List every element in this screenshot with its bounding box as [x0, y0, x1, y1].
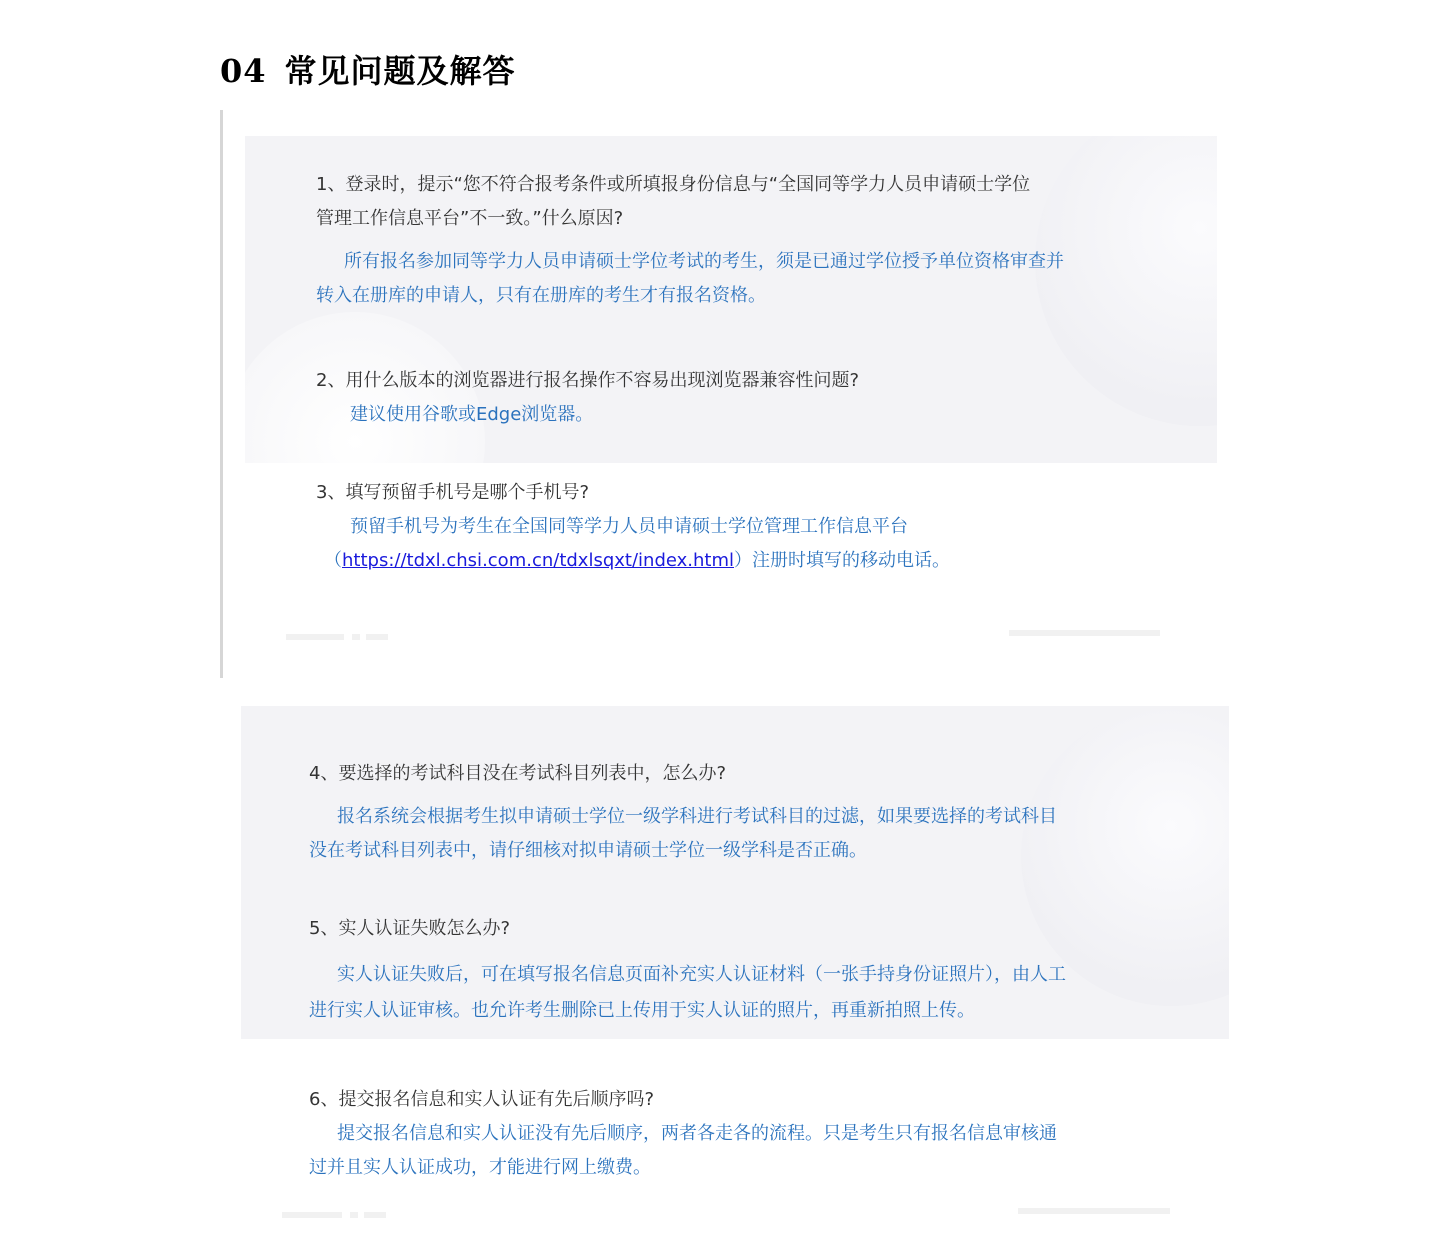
section-number: 04: [220, 52, 267, 90]
faq-answer: 实人认证失败后，可在填写报名信息页面补充实人认证材料（一张手持身份证照片），由人…: [309, 958, 1066, 992]
faq-answer: 预留手机号为考生在全国同等学力人员申请硕士学位管理工作信息平台: [316, 510, 950, 544]
faq-question: 管理工作信息平台”不一致。”什么原因?: [316, 202, 1064, 236]
skeleton-bar: [286, 634, 344, 640]
skeleton-bar: [352, 634, 360, 640]
skeleton-bar: [282, 1212, 342, 1218]
faq-question: 2、用什么版本的浏览器进行报名操作不容易出现浏览器兼容性问题?: [316, 364, 859, 398]
faq-answer: 没在考试科目列表中，请仔细核对拟申请硕士学位一级学科是否正确。: [309, 834, 1057, 868]
platform-link[interactable]: https://tdxl.chsi.com.cn/tdxlsqxt/index.…: [342, 550, 734, 571]
faq-answer: 转入在册库的申请人，只有在册库的考生才有报名资格。: [316, 279, 1064, 313]
faq-item-3: 3、填写预留手机号是哪个手机号? 预留手机号为考生在全国同等学力人员申请硕士学位…: [316, 476, 950, 578]
left-divider-rule: [220, 110, 223, 678]
faq-answer: 所有报名参加同等学力人员申请硕士学位考试的考生，须是已通过学位授予单位资格审查并: [316, 245, 1064, 279]
skeleton-bar: [350, 1212, 358, 1218]
faq-item-2: 2、用什么版本的浏览器进行报名操作不容易出现浏览器兼容性问题? 建议使用谷歌或E…: [316, 364, 859, 432]
faq-item-6: 6、提交报名信息和实人认证有先后顺序吗? 提交报名信息和实人认证没有先后顺序，两…: [309, 1083, 1057, 1185]
faq-answer: （https://tdxl.chsi.com.cn/tdxlsqxt/index…: [316, 544, 950, 578]
faq-answer: 报名系统会根据考生拟申请硕士学位一级学科进行考试科目的过滤，如果要选择的考试科目: [309, 800, 1057, 834]
faq-answer: 建议使用谷歌或Edge浏览器。: [316, 398, 859, 432]
section-heading: 常见问题及解答: [285, 52, 516, 90]
faq-question: 1、登录时，提示“您不符合报考条件或所填报身份信息与“全国同等学力人员申请硕士学…: [316, 168, 1064, 202]
faq-item-5: 5、实人认证失败怎么办? 实人认证失败后，可在填写报名信息页面补充实人认证材料（…: [309, 912, 1066, 1028]
faq-answer: 过并且实人认证成功，才能进行网上缴费。: [309, 1151, 1057, 1185]
faq-answer: 进行实人认证审核。也允许考生删除已上传用于实人认证的照片，再重新拍照上传。: [309, 994, 1066, 1028]
faq-question: 3、填写预留手机号是哪个手机号?: [316, 476, 950, 510]
answer-suffix: ）注册时填写的移动电话。: [734, 550, 950, 571]
skeleton-bar: [1018, 1208, 1170, 1214]
skeleton-bar: [1009, 630, 1160, 636]
skeleton-bar: [364, 1212, 386, 1218]
paren-open: （: [324, 550, 342, 571]
section-title: 04常见问题及解答: [220, 46, 516, 92]
faq-question: 5、实人认证失败怎么办?: [309, 912, 1066, 946]
skeleton-bar: [366, 634, 388, 640]
faq-answer: 提交报名信息和实人认证没有先后顺序，两者各走各的流程。只是考生只有报名信息审核通: [309, 1117, 1057, 1151]
faq-question: 6、提交报名信息和实人认证有先后顺序吗?: [309, 1083, 1057, 1117]
faq-item-4: 4、要选择的考试科目没在考试科目列表中，怎么办? 报名系统会根据考生拟申请硕士学…: [309, 757, 1057, 868]
faq-item-1: 1、登录时，提示“您不符合报考条件或所填报身份信息与“全国同等学力人员申请硕士学…: [316, 168, 1064, 313]
faq-question: 4、要选择的考试科目没在考试科目列表中，怎么办?: [309, 757, 1057, 791]
